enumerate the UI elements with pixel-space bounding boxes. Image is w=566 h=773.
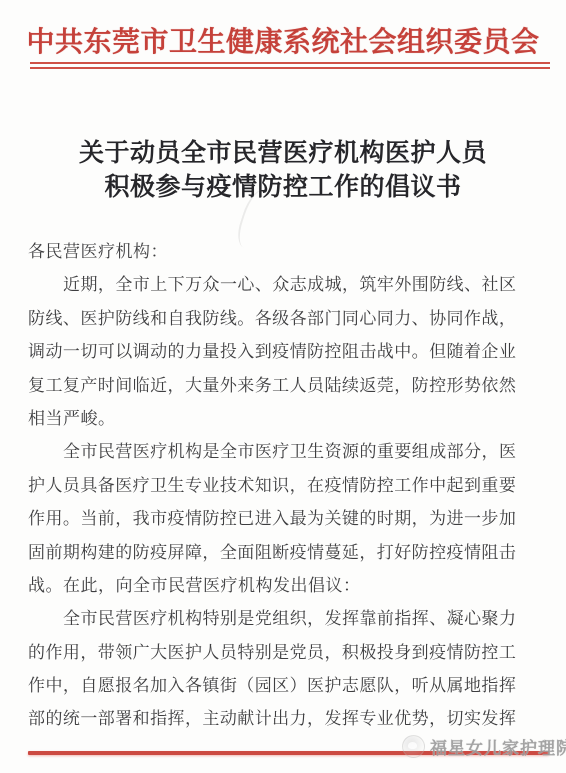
letterhead-org-name: 中共东莞市卫生健康系统社会组织委员会 [0, 20, 566, 60]
body-line: 部的统一部署和指挥，主动献计出力，发挥专业优势，切实发挥 [28, 702, 516, 735]
body-line: 相当严峻。 [28, 402, 516, 435]
nursing-home-logo-icon [402, 735, 425, 758]
letterhead-double-rule [30, 62, 550, 69]
body-line: 作用。当前，我市疫情防控已进入最为关键的时期，为进一步加 [28, 502, 516, 535]
scanned-document-page: 中共东莞市卫生健康系统社会组织委员会 关于动员全市民营医疗机构医护人员 积极参与… [0, 0, 566, 773]
title-line-1: 关于动员全市民营医疗机构医护人员 [0, 137, 566, 171]
watermark: 福星女儿家护理院 [402, 734, 566, 759]
body-line: 调动一切可以调动的力量投入到疫情防控阻击战中。但随着企业 [28, 335, 516, 368]
body-line: 全市民营医疗机构是全市医疗卫生资源的重要组成部分，医 [28, 435, 516, 468]
body-line: 作中，自愿报名加入各镇街（园区）医护志愿队，听从属地指挥 [28, 669, 516, 702]
document-title: 关于动员全市民营医疗机构医护人员 积极参与疫情防控工作的倡议书 [0, 137, 566, 205]
body-line: 复工复产时间临近，大量外来务工人员陆续返莞，防控形势依然 [28, 369, 516, 402]
body-line: 固前期构建的防疫屏障，全面阻断疫情蔓延，打好防控疫情阻击 [28, 536, 516, 569]
body-line: 近期，全市上下万众一心、众志成城，筑牢外围防线、社区 [28, 268, 516, 301]
body-line: 的作用，带领广大医护人员特别是党员，积极投身到疫情防控工 [28, 636, 516, 669]
body-line: 防线、医护防线和自我防线。各级各部门同心同力、协同作战， [28, 302, 516, 335]
body-line: 全市民营医疗机构特别是党组织，发挥靠前指挥、凝心聚力 [28, 602, 516, 635]
title-line-2: 积极参与疫情防控工作的倡议书 [0, 171, 566, 205]
document-body: 各民营医疗机构： 近期，全市上下万众一心、众志成城，筑牢外围防线、社区 防线、医… [28, 235, 516, 736]
watermark-label: 福星女儿家护理院 [430, 734, 566, 759]
body-line: 护人员具备医疗卫生专业技术知识，在疫情防控工作中起到重要 [28, 469, 516, 502]
body-line: 战。在此，向全市民营医疗机构发出倡议： [28, 569, 516, 602]
body-line-salutation: 各民营医疗机构： [28, 235, 516, 268]
